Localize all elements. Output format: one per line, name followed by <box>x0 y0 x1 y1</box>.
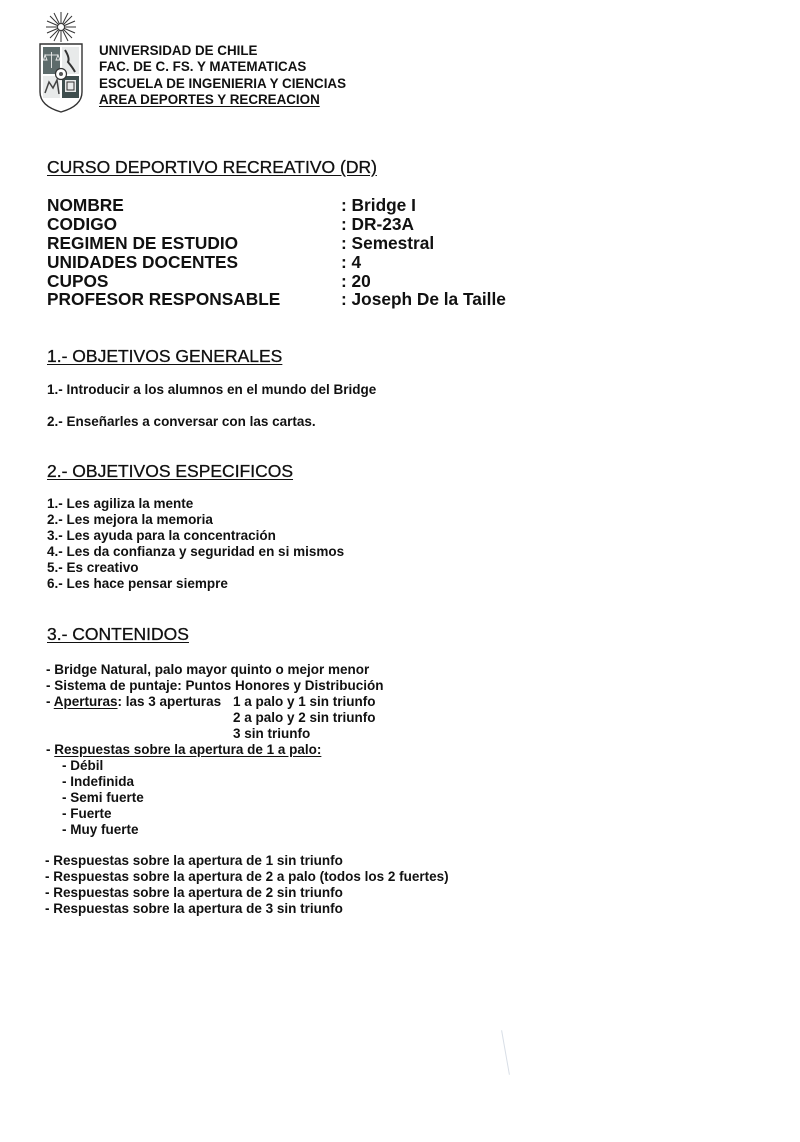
section-title-contenidos: 3.- CONTENIDOS <box>47 624 189 645</box>
info-row-profesor: PROFESOR RESPONSABLE : Joseph De la Tail… <box>47 290 506 309</box>
contenido-item: - Bridge Natural, palo mayor quinto o me… <box>46 662 384 678</box>
respuesta-item: - Respuestas sobre la apertura de 3 sin … <box>45 901 449 917</box>
objetivos-especificos-list: 1.- Les agiliza la mente 2.- Les mejora … <box>47 496 344 592</box>
institution-line-school: ESCUELA DE INGENIERIA Y CIENCIAS <box>99 76 346 92</box>
contenido-item: - Sistema de puntaje: Puntos Honores y D… <box>46 678 384 694</box>
institution-line-area: AREA DEPORTES Y RECREACION <box>99 92 346 108</box>
info-value: : Bridge I <box>341 196 416 215</box>
respuesta-palo-item: - Indefinida <box>46 774 384 790</box>
info-row-codigo: CODIGO : DR-23A <box>47 215 506 234</box>
objetivo-especifico-item: 4.- Les da confianza y seguridad en si m… <box>47 544 344 560</box>
info-row-regimen: REGIMEN DE ESTUDIO : Semestral <box>47 234 506 253</box>
info-row-cupos: CUPOS : 20 <box>47 272 506 291</box>
info-label: PROFESOR RESPONSABLE <box>47 290 341 309</box>
info-row-unidades: UNIDADES DOCENTES : 4 <box>47 253 506 272</box>
institution-line-faculty: FAC. DE C. FS. Y MATEMATICAS <box>99 59 346 75</box>
course-title: CURSO DEPORTIVO RECREATIVO (DR) <box>47 157 377 178</box>
apertura-option: 2 a palo y 2 sin triunfo <box>233 710 376 726</box>
info-label: REGIMEN DE ESTUDIO <box>47 234 341 253</box>
aperturas-text: : las 3 aperturas <box>118 694 222 709</box>
respuesta-item: - Respuestas sobre la apertura de 2 sin … <box>45 885 449 901</box>
info-label: NOMBRE <box>47 196 341 215</box>
info-label: CUPOS <box>47 272 341 291</box>
info-value: : 20 <box>341 272 371 291</box>
respuestas-palo-heading: - Respuestas sobre la apertura de 1 a pa… <box>46 742 384 758</box>
contenidos-list: - Bridge Natural, palo mayor quinto o me… <box>46 662 384 838</box>
objetivo-general-item: 2.- Enseñarles a conversar con las carta… <box>47 414 316 429</box>
respuesta-item: - Respuestas sobre la apertura de 2 a pa… <box>45 869 449 885</box>
info-value: : 4 <box>341 253 361 272</box>
respuesta-palo-item: - Semi fuerte <box>46 790 384 806</box>
section-title-objetivos-generales: 1.- OBJETIVOS GENERALES <box>47 346 282 367</box>
university-crest-logo <box>37 10 85 114</box>
info-value: : Semestral <box>341 234 434 253</box>
respuesta-palo-item: - Muy fuerte <box>46 822 384 838</box>
respuesta-palo-item: - Débil <box>46 758 384 774</box>
apertura-option: 1 a palo y 1 sin triunfo <box>233 694 376 710</box>
aperturas-label: Aperturas <box>54 694 118 709</box>
objetivo-especifico-item: 2.- Les mejora la memoria <box>47 512 344 528</box>
scan-artifact-mark <box>501 1030 510 1074</box>
objetivo-especifico-item: 1.- Les agiliza la mente <box>47 496 344 512</box>
objetivo-especifico-item: 3.- Les ayuda para la concentración <box>47 528 344 544</box>
info-value: : DR-23A <box>341 215 414 234</box>
course-info-table: NOMBRE : Bridge I CODIGO : DR-23A REGIME… <box>47 196 506 309</box>
institution-line-university: UNIVERSIDAD DE CHILE <box>99 43 346 59</box>
aperturas-row: - Aperturas: las 3 aperturas 1 a palo y … <box>46 694 384 710</box>
info-label: UNIDADES DOCENTES <box>47 253 341 272</box>
info-row-nombre: NOMBRE : Bridge I <box>47 196 506 215</box>
info-value: : Joseph De la Taille <box>341 290 506 309</box>
apertura-option: 3 sin triunfo <box>233 726 310 742</box>
respuestas-otras-list: - Respuestas sobre la apertura de 1 sin … <box>45 853 449 917</box>
respuesta-palo-item: - Fuerte <box>46 806 384 822</box>
objetivo-especifico-item: 6.- Les hace pensar siempre <box>47 576 344 592</box>
objetivo-general-item: 1.- Introducir a los alumnos en el mundo… <box>47 382 376 397</box>
respuesta-item: - Respuestas sobre la apertura de 1 sin … <box>45 853 449 869</box>
info-label: CODIGO <box>47 215 341 234</box>
objetivo-especifico-item: 5.- Es creativo <box>47 560 344 576</box>
institution-header: UNIVERSIDAD DE CHILE FAC. DE C. FS. Y MA… <box>99 43 346 108</box>
section-title-objetivos-especificos: 2.- OBJETIVOS ESPECIFICOS <box>47 461 293 482</box>
